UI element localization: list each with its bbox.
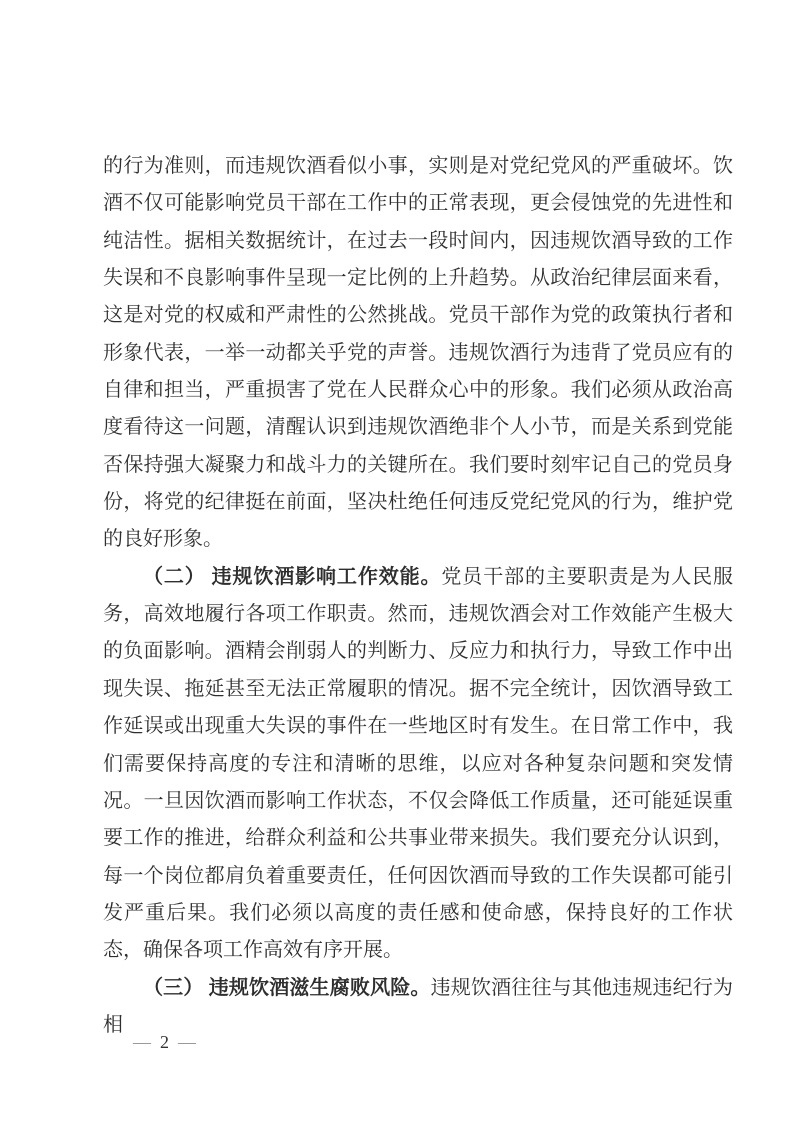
document-page: 的行为准则，而违规饮酒看似小事，实则是对党纪党风的严重破坏。饮酒不仅可能影响党员… — [0, 0, 793, 1122]
paragraph-section-3: （三） 违规饮酒滋生腐败风险。违规饮酒往往与其他违规违纪行为相 — [103, 970, 733, 1045]
paragraph-continuation: 的行为准则，而违规饮酒看似小事，实则是对党纪党风的严重破坏。饮酒不仅可能影响党员… — [103, 148, 733, 559]
page-number-value: 2 — [151, 1032, 178, 1052]
page-number-dash-right: — — [178, 1032, 196, 1052]
page-number-dash-left: — — [133, 1032, 151, 1052]
paragraph-continuation-text: 的行为准则，而违规饮酒看似小事，实则是对党纪党风的严重破坏。饮酒不仅可能影响党员… — [103, 155, 733, 550]
document-body: 的行为准则，而违规饮酒看似小事，实则是对党纪党风的严重破坏。饮酒不仅可能影响党员… — [103, 148, 733, 1044]
section-2-heading: （二） 违规饮酒影响工作效能。 — [143, 566, 441, 588]
section-3-heading: （三） 违规饮酒滋生腐败风险。 — [143, 977, 431, 999]
page-number: —2— — [133, 1029, 196, 1055]
paragraph-section-2: （二） 违规饮酒影响工作效能。党员干部的主要职责是为人民服务，高效地履行各项工作… — [103, 559, 733, 970]
section-2-text: 党员干部的主要职责是为人民服务，高效地履行各项工作职责。然而，违规饮酒会对工作效… — [103, 566, 733, 961]
